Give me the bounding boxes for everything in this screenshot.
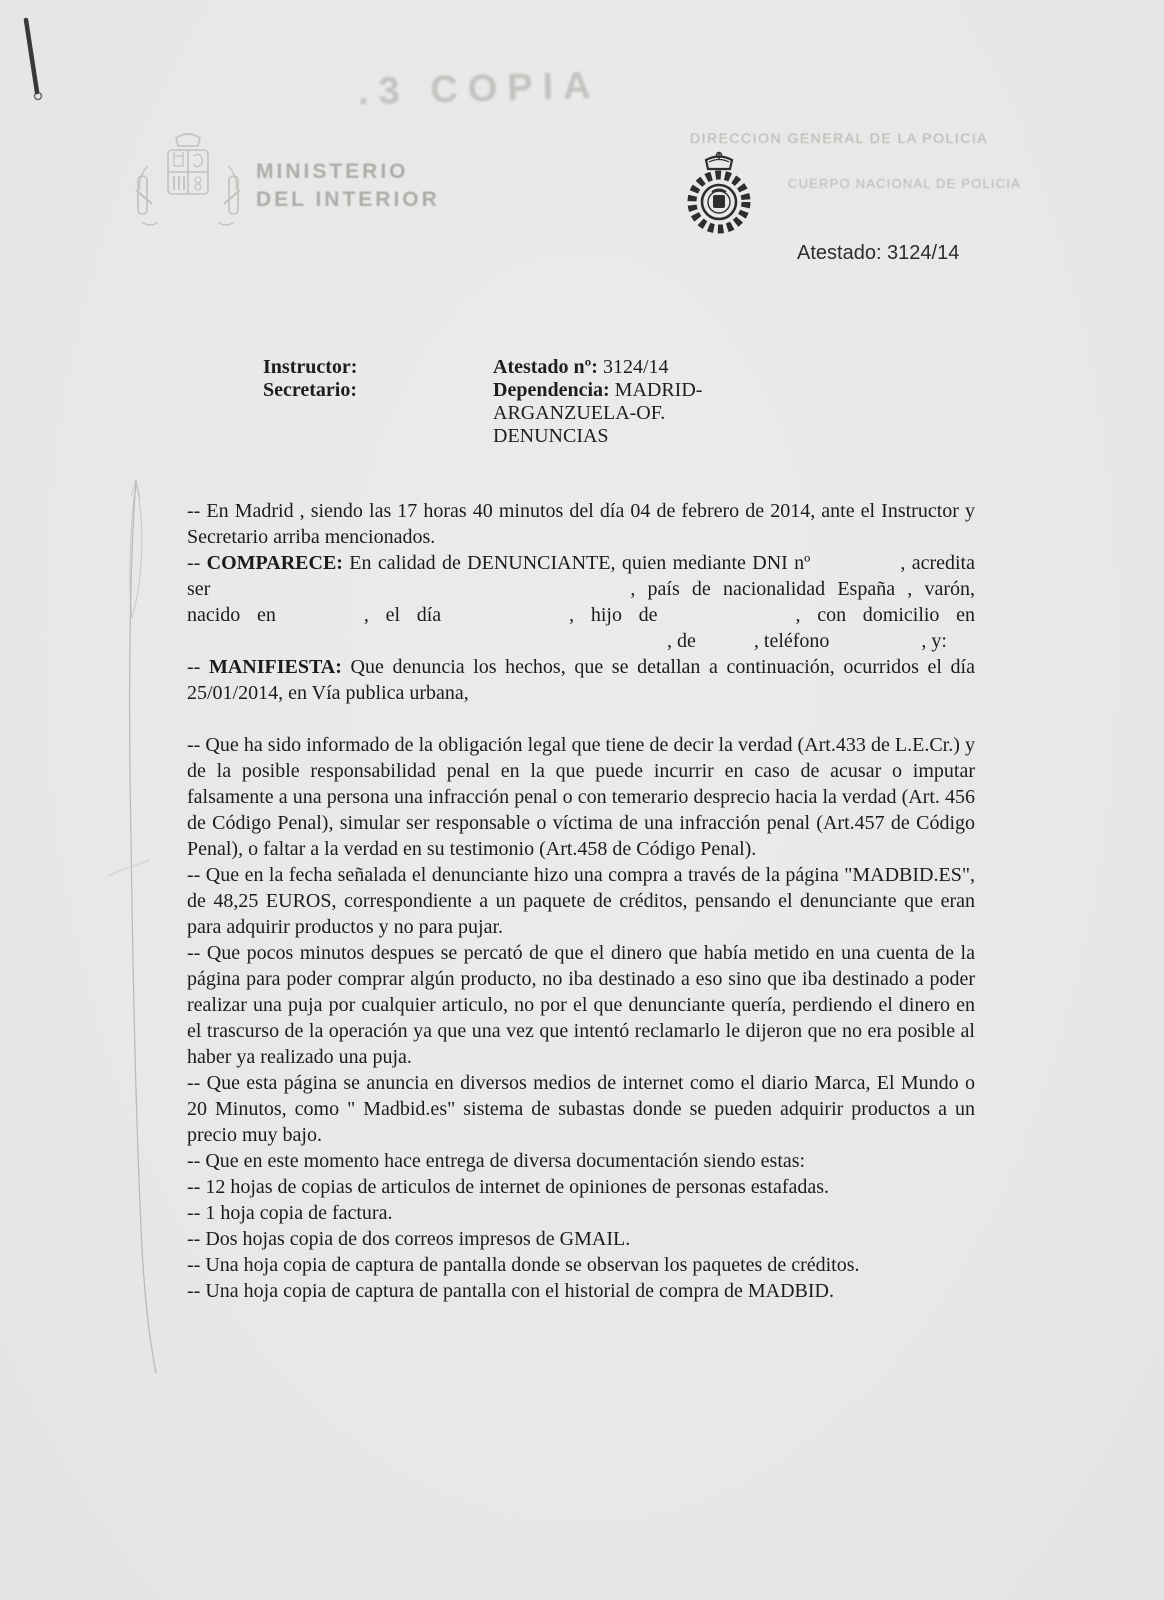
p-publicidad-pagina: -- Que esta página se anuncia en diverso… bbox=[187, 1070, 975, 1148]
p-doc-captura-historial: -- Una hoja copia de captura de pantalla… bbox=[187, 1278, 975, 1304]
pen-stroke-mark bbox=[14, 10, 58, 115]
police-directorate-label: DIRECCION GENERAL DE LA POLICIA bbox=[690, 130, 988, 146]
police-corps-label: CUERPO NACIONAL DE POLICIA bbox=[788, 176, 1021, 191]
p-doc-captura-paquetes: -- Una hoja copia de captura de pantalla… bbox=[187, 1252, 975, 1278]
dependencia-value-2: ARGANZUELA-OF. bbox=[493, 402, 733, 425]
scanned-police-report-page: .3 COPIA bbox=[0, 0, 1164, 1600]
p-manifiesta: -- MANIFIESTA: Que denuncia los hechos, … bbox=[187, 654, 975, 706]
atestado-number-value: 3124/14 bbox=[603, 356, 669, 378]
atestado-number-line: Atestado nº: 3124/14 bbox=[493, 356, 733, 379]
dependencia-value-3: DENUNCIAS bbox=[493, 425, 733, 448]
document-body: -- En Madrid , siendo las 17 horas 40 mi… bbox=[187, 498, 975, 1304]
dependencia-label: Dependencia: bbox=[493, 379, 610, 401]
bold-keyword: COMPARECE: bbox=[207, 552, 343, 574]
redacted-blank bbox=[696, 646, 754, 647]
redacted-blank bbox=[810, 568, 900, 569]
instructor-label: Instructor: bbox=[263, 356, 357, 379]
dependencia-value-1: MADRID- bbox=[615, 379, 703, 401]
dependencia-line: Dependencia: MADRID- bbox=[493, 379, 733, 402]
secretario-label: Secretario: bbox=[263, 379, 357, 402]
bold-keyword: MANIFIESTA: bbox=[209, 656, 342, 678]
ministry-name: MINISTERIO DEL INTERIOR bbox=[256, 158, 440, 214]
redacted-blank bbox=[210, 594, 630, 595]
p-doc-correos: -- Dos hojas copia de dos correos impres… bbox=[187, 1226, 975, 1252]
p-fecha-comparecencia: -- En Madrid , siendo las 17 horas 40 mi… bbox=[187, 498, 975, 550]
p-compra-madbid: -- Que en la fecha señalada el denuncian… bbox=[187, 862, 975, 940]
p-entrega-documentacion: -- Que en este momento hace entrega de d… bbox=[187, 1148, 975, 1174]
national-police-badge-icon bbox=[682, 150, 756, 247]
copy-stamp: .3 COPIA bbox=[357, 65, 601, 114]
p-advertencia-legal: -- Que ha sido informado de la obligació… bbox=[187, 732, 975, 862]
p-doc-factura: -- 1 hoja copia de factura. bbox=[187, 1200, 975, 1226]
redacted-blank bbox=[658, 620, 796, 621]
p-comparece: -- COMPARECE: En calidad de DENUNCIANTE,… bbox=[187, 550, 975, 654]
margin-crease-mark bbox=[88, 468, 178, 1383]
atestado-number-label: Atestado nº: bbox=[493, 356, 598, 378]
redacted-blank bbox=[829, 646, 921, 647]
redacted-blank bbox=[187, 646, 667, 647]
redacted-blank bbox=[276, 620, 364, 621]
atestado-reference: Atestado: 3124/14 bbox=[797, 242, 959, 265]
p-dinero-puja: -- Que pocos minutos despues se percató … bbox=[187, 940, 975, 1070]
redacted-blank bbox=[441, 620, 569, 621]
ministry-line1: MINISTERIO bbox=[256, 158, 440, 186]
p-doc-articulos: -- 12 hojas de copias de articulos de in… bbox=[187, 1174, 975, 1200]
spain-coat-of-arms-icon bbox=[128, 130, 248, 253]
ministry-line2: DEL INTERIOR bbox=[256, 186, 440, 214]
